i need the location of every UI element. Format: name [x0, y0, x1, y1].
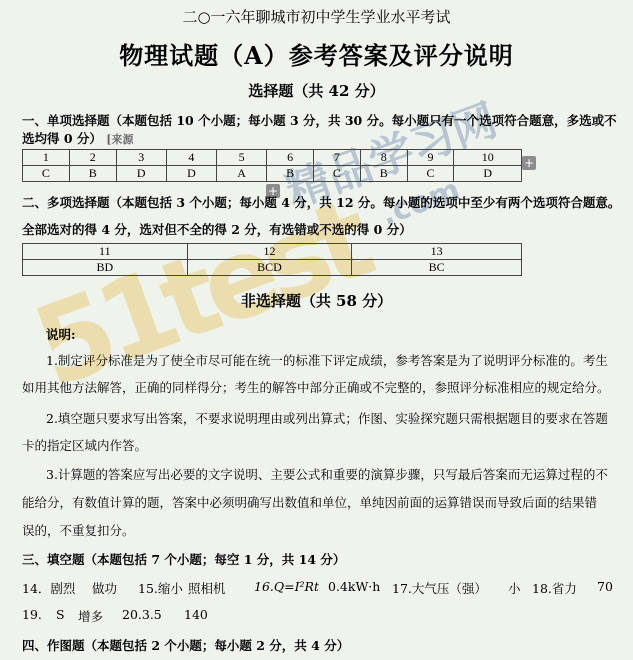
note1-line2: 如用其他方法解答，正确的同样得分；考生的解答中部分正确或不完整的，参照评分标准相… — [22, 378, 610, 396]
cell: 6 — [267, 150, 314, 166]
cell: BD — [23, 260, 188, 276]
expand-handle-icon[interactable]: + — [522, 156, 536, 170]
answer-item: 15.缩小 — [138, 579, 183, 597]
cell: 5 — [217, 150, 267, 166]
answer-item: 14．剧烈 — [22, 579, 75, 597]
table-row-answers: BD BCD BC — [23, 260, 522, 276]
source-tag: [来源 — [106, 133, 133, 146]
answer-item: 17.大气压（强） — [392, 579, 487, 597]
note3-line2: 能给分，有数值计算的题，答案中必须明确写出数值和单位，单纯因前面的运算错误而导致… — [22, 493, 597, 511]
note3-line1: 3.计算题的答案应写出必要的文字说明、主要公式和重要的演算步骤，只写最后答案而无… — [46, 465, 608, 483]
part1-instructions-line2: 选均得 0 分） [来源 — [22, 129, 133, 147]
cell: 1 — [23, 150, 70, 166]
cell: 10 — [454, 150, 522, 166]
part1-instructions-line1: 一、单项选择题（本题包括 10 个小题；每小题 3 分，共 30 分。每小题只有… — [22, 111, 617, 129]
single-choice-answer-table: 1 2 3 4 5 6 7 8 9 10 C B D D A B C B C D — [22, 149, 522, 182]
cell: B — [267, 166, 314, 182]
note2-line1: 2.填空题只要求写出答案，不要求说明理由或列出算式；作图、实验探究题只需根据题目… — [46, 409, 608, 427]
answer-item: 做功 — [92, 579, 117, 597]
note3-line3: 误的，不重复扣分。 — [22, 521, 135, 539]
cell: BC — [352, 260, 522, 276]
cell: C — [23, 166, 70, 182]
page-title: 物理试题（A）参考答案及评分说明 — [0, 36, 633, 71]
cell: C — [314, 166, 361, 182]
answer-item: 小 — [508, 579, 521, 597]
cell: B — [69, 166, 116, 182]
answer-item: 140 — [184, 607, 208, 622]
cell: 4 — [166, 150, 216, 166]
nonchoice-section-title: 非选择题（共 58 分） — [0, 290, 633, 311]
cell: B — [360, 166, 407, 182]
cell: 8 — [360, 150, 407, 166]
cell: 13 — [352, 244, 522, 260]
cell: 3 — [116, 150, 166, 166]
answer-item: 照相机 — [188, 579, 226, 597]
exam-name: 二○一六年聊城市初中学生学业水平考试 — [0, 6, 633, 27]
drawing-section-title: 四、作图题（本题包括 2 个小题；每小题 2 分，共 4 分） — [22, 636, 349, 654]
fill-answers-row2: 19. S 增多 20.3.5 140 — [22, 607, 622, 625]
answer-item: 增多 — [78, 607, 103, 625]
table-row-numbers: 1 2 3 4 5 6 7 8 9 10 — [23, 150, 522, 166]
table-row-numbers: 11 12 13 — [23, 244, 522, 260]
document-page: 51test 精品学习网 .com 二○一六年聊城市初中学生学业水平考试 物理试… — [0, 0, 633, 660]
part2-instructions-line2: 全部选对的得 4 分，选对但不全的得 2 分，有选错或不选的得 0 分） — [22, 220, 412, 238]
cell: BCD — [187, 260, 352, 276]
cell: D — [116, 166, 166, 182]
answer-item: 19. — [22, 607, 42, 622]
notes-label: 说明: — [46, 325, 76, 343]
table-row-answers: C B D D A B C B C D — [23, 166, 522, 182]
choice-section-title: 选择题（共 42 分） — [0, 80, 633, 101]
fill-answers-row1: 14．剧烈 做功 15.缩小 照相机 16.Q=I²Rt 0.4kW·h 17.… — [22, 579, 622, 597]
answer-item: S — [56, 607, 65, 622]
note2-line2: 卡的指定区域内作答。 — [22, 436, 147, 454]
cell: C — [407, 166, 454, 182]
cell: D — [454, 166, 522, 182]
cell: 2 — [69, 150, 116, 166]
multi-choice-answer-table: 11 12 13 BD BCD BC — [22, 243, 522, 276]
answer-item: 0.4kW·h — [328, 579, 380, 594]
answer-item: 16.Q=I²Rt — [254, 579, 319, 594]
cell: 12 — [187, 244, 352, 260]
cell: 9 — [407, 150, 454, 166]
fill-section-title: 三、填空题（本题包括 7 个小题；每空 1 分，共 14 分） — [22, 550, 345, 568]
cell: 7 — [314, 150, 361, 166]
answer-item: 20.3.5 — [122, 607, 162, 622]
answer-item: 70 — [597, 579, 613, 594]
note1-line1: 1.制定评分标准是为了使全市尽可能在统一的标准下评定成绩，参考答案是为了说明评分… — [46, 351, 608, 369]
cell: 11 — [23, 244, 188, 260]
part1-line2-text: 选均得 0 分） — [22, 131, 102, 146]
cell: D — [166, 166, 216, 182]
answer-item: 18.省力 — [532, 579, 577, 597]
cell: A — [217, 166, 267, 182]
part2-instructions-line1: 二、多项选择题（本题包括 3 个小题；每小题 4 分，共 12 分。每小题的选项… — [22, 193, 620, 211]
